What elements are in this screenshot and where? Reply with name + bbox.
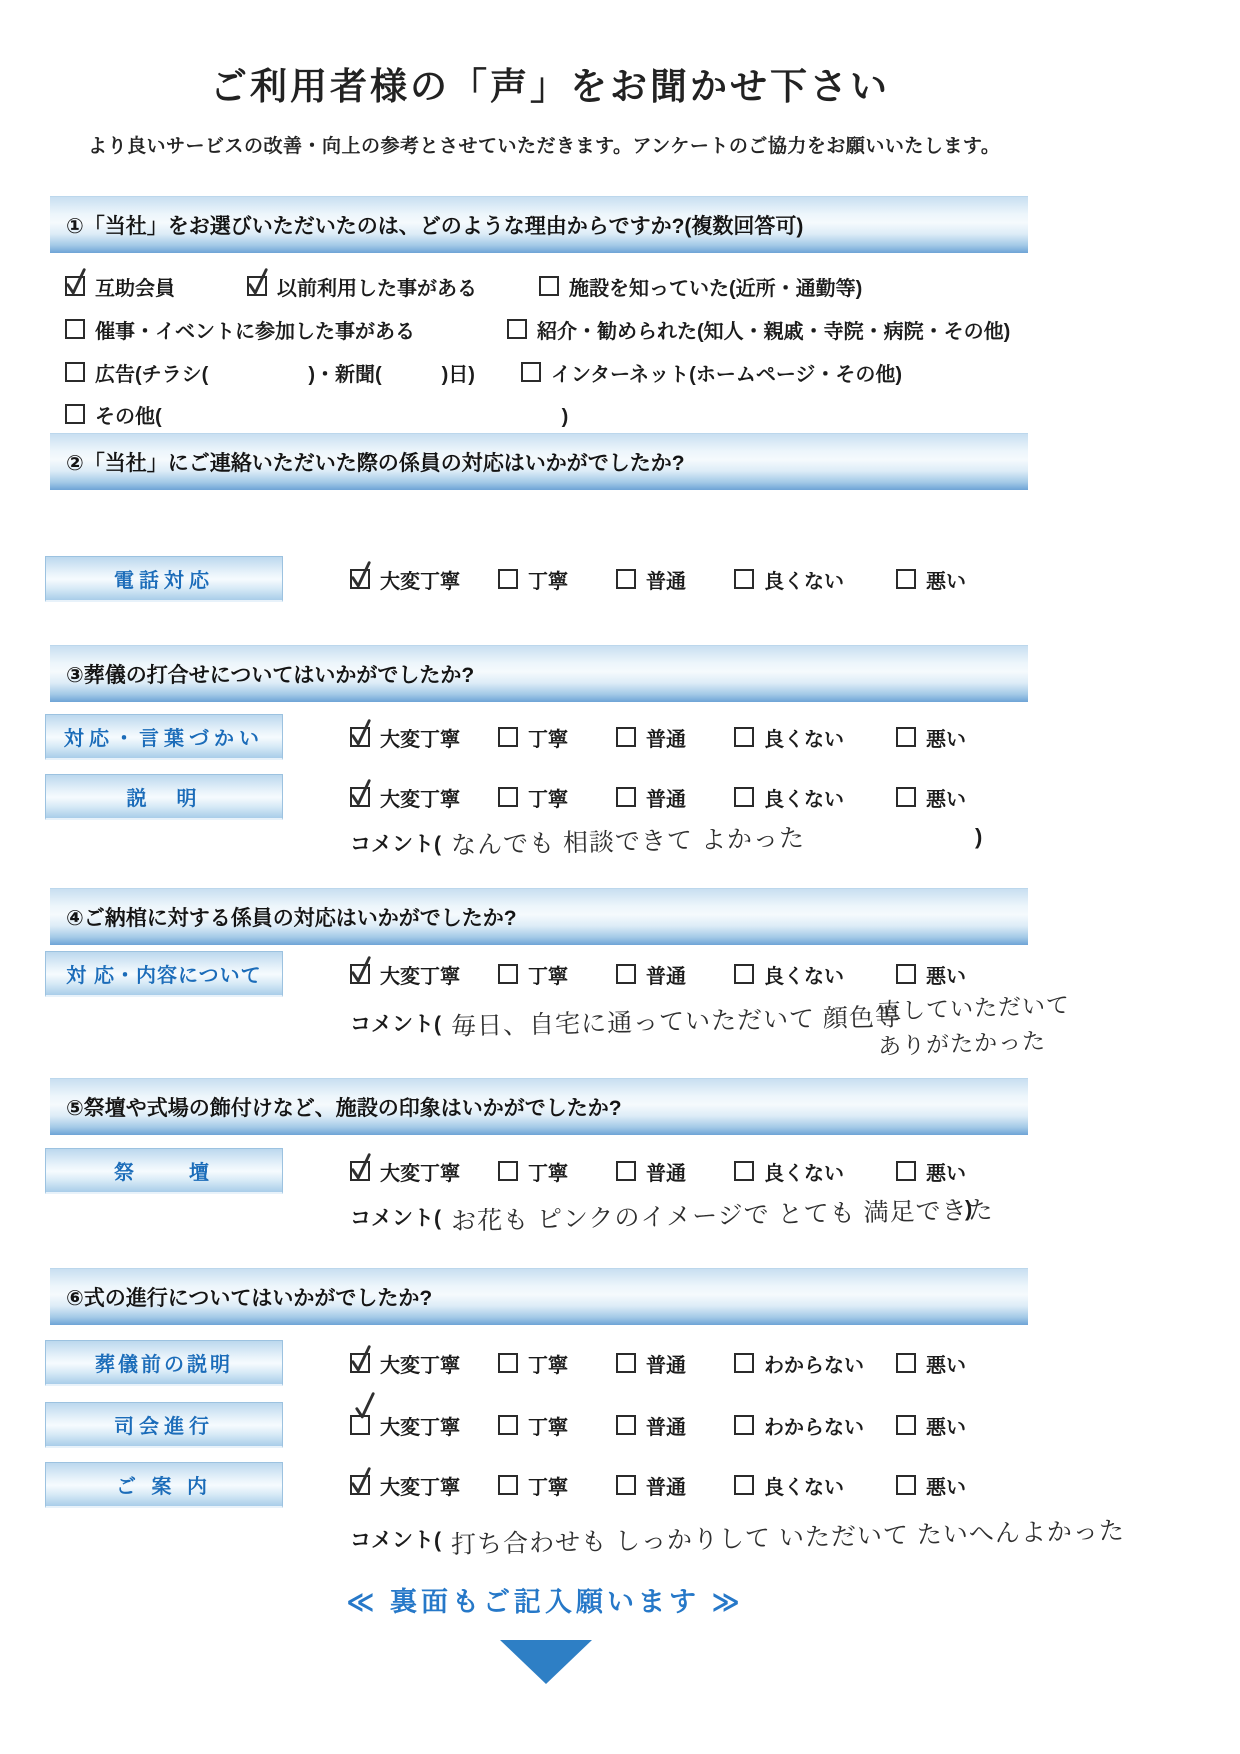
q6-row3-options: 大変丁寧 丁寧 普通 良くない 悪い (350, 1462, 966, 1508)
handwritten-comment: 打ち合わせも しっかりして いただいて たいへんよかった (451, 1511, 1125, 1561)
option-very-polite[interactable]: 大変丁寧 (350, 1471, 498, 1500)
comment-close-paren: ) (965, 1196, 972, 1222)
option-not-good[interactable]: 良くない (734, 960, 896, 989)
checkbox[interactable] (896, 964, 916, 984)
option-polite[interactable]: 丁寧 (498, 723, 616, 752)
option-label: 悪い (926, 1411, 966, 1440)
option-label: 催事・イベントに参加した事がある (95, 315, 415, 344)
q6-row2-options: 大変丁寧 丁寧 普通 わからない 悪い (350, 1402, 966, 1448)
checkbox[interactable] (498, 964, 518, 984)
checkbox[interactable] (896, 1161, 916, 1181)
q5-options: 大変丁寧 丁寧 普通 良くない 悪い (350, 1148, 966, 1194)
q5-comment: コメント( お花も ピンクのイメージで とても 満足できた (350, 1196, 994, 1232)
option-label: 丁寧 (528, 565, 568, 594)
option-label: 大変丁寧 (380, 1349, 460, 1378)
checkbox[interactable] (616, 1415, 636, 1435)
down-arrow-icon (500, 1640, 592, 1684)
checkbox[interactable] (896, 1415, 916, 1435)
option-label: 丁寧 (528, 1411, 568, 1440)
option-normal[interactable]: 普通 (616, 723, 734, 752)
checkbox[interactable] (247, 276, 267, 296)
option-internet[interactable]: インターネット(ホームページ・その他) (521, 358, 902, 387)
checkbox[interactable] (498, 787, 518, 807)
option-label: 紹介・勧められた(知人・親戚・寺院・病院・その他) (537, 315, 1010, 344)
option-not-good[interactable]: 良くない (734, 565, 896, 594)
section4-heading: ④ご納棺に対する係員の対応はいかがでしたか? (66, 902, 517, 932)
option-advertisement[interactable]: 広告(チラシ( )・新聞( )日) (65, 358, 475, 387)
checkbox[interactable] (350, 787, 370, 807)
option-polite[interactable]: 丁寧 (498, 1157, 616, 1186)
row-label-altar: 祭 壇 (45, 1148, 283, 1194)
option-label: 普通 (646, 1349, 686, 1378)
q1-row1: 互助会員 以前利用した事がある 施設を知っていた(近所・通勤等) (65, 270, 862, 302)
checkbox[interactable] (350, 1353, 370, 1373)
option-normal[interactable]: 普通 (616, 1471, 734, 1500)
checkbox[interactable] (498, 1161, 518, 1181)
option-label: 大変丁寧 (380, 960, 460, 989)
option-label: 良くない (764, 723, 844, 752)
option-label: 広告(チラシ( )・新聞( )日) (95, 358, 475, 387)
checkbox[interactable] (350, 569, 370, 589)
checkbox[interactable] (65, 404, 85, 424)
q3-explanation-row: 説 明 大変丁寧 丁寧 普通 良くない 悪い (0, 774, 1100, 820)
option-label: わからない (764, 1349, 864, 1378)
q5-altar-row: 祭 壇 大変丁寧 丁寧 普通 良くない 悪い (0, 1148, 1100, 1194)
option-normal[interactable]: 普通 (616, 1411, 734, 1440)
section1-heading: ①「当社」をお選びいただいたのは、どのような理由からですか?(複数回答可) (66, 210, 803, 240)
option-very-polite[interactable]: 大変丁寧 (350, 1157, 498, 1186)
option-attended-event[interactable]: 催事・イベントに参加した事がある (65, 315, 415, 344)
option-polite[interactable]: 丁寧 (498, 783, 616, 812)
option-label: 丁寧 (528, 1157, 568, 1186)
handwritten-comment-line2: 直していただいて (877, 987, 1070, 1027)
option-label: 悪い (926, 1471, 966, 1500)
option-label: 大変丁寧 (380, 783, 460, 812)
option-very-polite[interactable]: 大変丁寧 (350, 723, 498, 752)
checkbox[interactable] (734, 569, 754, 589)
checkbox[interactable] (498, 1475, 518, 1495)
option-bad[interactable]: 悪い (896, 565, 966, 594)
q6-row1-options: 大変丁寧 丁寧 普通 わからない 悪い (350, 1340, 966, 1386)
q4-comment-overflow: 直していただいて ありがたかった (878, 990, 1070, 1058)
q3-row1-options: 大変丁寧 丁寧 普通 良くない 悪い (350, 714, 966, 760)
checkbox[interactable] (498, 1353, 518, 1373)
checkbox[interactable] (498, 569, 518, 589)
option-label: わからない (764, 1411, 864, 1440)
option-label: 普通 (646, 1471, 686, 1500)
option-very-polite[interactable]: 大変丁寧 (350, 783, 498, 812)
option-label: 互助会員 (95, 272, 175, 301)
option-polite[interactable]: 丁寧 (498, 960, 616, 989)
option-polite[interactable]: 丁寧 (498, 1471, 616, 1500)
check-icon (350, 560, 372, 590)
checkbox[interactable] (616, 569, 636, 589)
comment-label: コメント( (350, 1518, 441, 1554)
page-title: ご利用者様の「声」をお聞かせ下さい (0, 56, 1100, 110)
option-label: 丁寧 (528, 723, 568, 752)
row-label-phone-response: 電話対応 (45, 556, 283, 602)
option-label: 悪い (926, 723, 966, 752)
checkbox[interactable] (734, 1475, 754, 1495)
section2-header: ②「当社」にご連絡いただいた際の係員の対応はいかがでしたか? (50, 433, 1028, 490)
option-unsure[interactable]: わからない (734, 1411, 896, 1440)
checkbox[interactable] (65, 276, 85, 296)
option-label: その他( ) (95, 400, 568, 429)
q4-options: 大変丁寧 丁寧 普通 良くない 悪い (350, 951, 966, 997)
option-knew-facility[interactable]: 施設を知っていた(近所・通勤等) (539, 272, 862, 301)
q1-row4: その他( ) (65, 398, 568, 430)
q1-row3: 広告(チラシ( )・新聞( )日) インターネット(ホームページ・その他) (65, 356, 902, 388)
section5-heading: ⑤祭壇や式場の飾付けなど、施設の印象はいかがでしたか? (66, 1092, 622, 1122)
checkbox[interactable] (350, 964, 370, 984)
section5-header: ⑤祭壇や式場の飾付けなど、施設の印象はいかがでしたか? (50, 1078, 1028, 1135)
check-icon (350, 955, 372, 985)
option-used-before[interactable]: 以前利用した事がある (247, 272, 477, 301)
option-label: 悪い (926, 1349, 966, 1378)
comment-label: コメント( (350, 1002, 441, 1038)
option-bad[interactable]: 悪い (896, 1157, 966, 1186)
checkbox[interactable] (734, 1353, 754, 1373)
checkbox[interactable] (350, 727, 370, 747)
q2-options: 大変丁寧 丁寧 普通 良くない 悪い (350, 556, 966, 602)
checkbox[interactable] (616, 727, 636, 747)
handwritten-comment: なんでも 相談できて よかった (451, 818, 806, 861)
section3-heading: ③葬儀の打合せについてはいかがでしたか? (66, 659, 474, 689)
checkbox[interactable] (350, 1475, 370, 1495)
option-label: 悪い (926, 783, 966, 812)
option-label: 悪い (926, 565, 966, 594)
option-not-good[interactable]: 良くない (734, 783, 896, 812)
option-label: 良くない (764, 783, 844, 812)
option-polite[interactable]: 丁寧 (498, 1349, 616, 1378)
option-label: 丁寧 (528, 783, 568, 812)
option-label: 大変丁寧 (380, 1411, 460, 1440)
option-label: 良くない (764, 1471, 844, 1500)
checkbox[interactable] (616, 1475, 636, 1495)
checkbox[interactable] (734, 1415, 754, 1435)
checkbox[interactable] (616, 1353, 636, 1373)
q1-row2: 催事・イベントに参加した事がある 紹介・勧められた(知人・親戚・寺院・病院・その… (65, 313, 1010, 345)
option-mutual-aid-member[interactable]: 互助会員 (65, 272, 175, 301)
comment-label: コメント( (350, 1196, 441, 1232)
row-label-mc-progress: 司会進行 (45, 1402, 283, 1448)
q6-comment: コメント( 打ち合わせも しっかりして いただいて たいへんよかった (350, 1518, 1125, 1554)
checkbox[interactable] (498, 1415, 518, 1435)
handwritten-comment: お花も ピンクのイメージで とても 満足できた (451, 1190, 994, 1237)
option-label: 普通 (646, 960, 686, 989)
option-label: 大変丁寧 (380, 723, 460, 752)
comment-label: コメント( (350, 822, 441, 858)
checkbox[interactable] (507, 319, 527, 339)
option-label: 施設を知っていた(近所・通勤等) (569, 272, 862, 301)
option-label: 普通 (646, 723, 686, 752)
check-icon (354, 1391, 376, 1421)
checkbox[interactable] (498, 727, 518, 747)
q6-guidance-row: ご 案 内 大変丁寧 丁寧 普通 良くない 悪い (0, 1462, 1100, 1508)
option-not-good[interactable]: 良くない (734, 723, 896, 752)
option-unsure[interactable]: わからない (734, 1349, 896, 1378)
handwritten-comment-line3: ありがたかった (877, 1022, 1070, 1062)
check-icon (350, 718, 372, 748)
q6-mc-progress-row: 司会進行 大変丁寧 丁寧 普通 わからない 悪い (0, 1402, 1100, 1448)
option-normal[interactable]: 普通 (616, 565, 734, 594)
section2-heading: ②「当社」にご連絡いただいた際の係員の対応はいかがでしたか? (66, 447, 685, 477)
option-label: 悪い (926, 960, 966, 989)
handwritten-comment: 毎日、自宅に通っていただいて 顔色等 (451, 997, 902, 1042)
checkbox[interactable] (350, 1161, 370, 1181)
q3-row2-options: 大変丁寧 丁寧 普通 良くない 悪い (350, 774, 966, 820)
q4-comment: コメント( 毎日、自宅に通っていただいて 顔色等 (350, 1002, 901, 1038)
page-subtitle: より良いサービスの改善・向上の参考とさせていただきます。アンケートのご協力をお願… (88, 131, 1000, 158)
check-icon (350, 1466, 372, 1496)
checkbox[interactable] (734, 1161, 754, 1181)
option-label: 普通 (646, 1157, 686, 1186)
q6-pre-funeral-explanation-row: 葬儀前の説明 大変丁寧 丁寧 普通 わからない 悪い (0, 1340, 1100, 1386)
check-icon (350, 778, 372, 808)
option-polite[interactable]: 丁寧 (498, 1411, 616, 1440)
checkbox[interactable] (350, 1415, 370, 1435)
check-icon (350, 1344, 372, 1374)
survey-form-page: ご利用者様の「声」をお聞かせ下さい より良いサービスの改善・向上の参考とさせてい… (0, 0, 1240, 1754)
option-very-polite[interactable]: 大変丁寧 (350, 1349, 498, 1378)
checkbox[interactable] (896, 1353, 916, 1373)
option-label: 丁寧 (528, 1349, 568, 1378)
section6-heading: ⑥式の進行についてはいかがでしたか? (66, 1282, 432, 1312)
option-label: 大変丁寧 (380, 1471, 460, 1500)
option-normal[interactable]: 普通 (616, 1157, 734, 1186)
option-bad[interactable]: 悪い (896, 1349, 966, 1378)
row-label-handling-content: 対 応・内容について (45, 951, 283, 997)
option-very-polite[interactable]: 大変丁寧 (350, 565, 498, 594)
checkbox[interactable] (734, 964, 754, 984)
checkbox[interactable] (734, 727, 754, 747)
section3-header: ③葬儀の打合せについてはいかがでしたか? (50, 645, 1028, 702)
option-label: 悪い (926, 1157, 966, 1186)
comment-close-paren: ) (975, 824, 982, 850)
checkbox[interactable] (65, 319, 85, 339)
option-label: 良くない (764, 1157, 844, 1186)
checkbox[interactable] (896, 787, 916, 807)
option-polite[interactable]: 丁寧 (498, 565, 616, 594)
option-very-polite[interactable]: 大変丁寧 (350, 1411, 498, 1440)
q3-comment: コメント( なんでも 相談できて よかった (350, 822, 805, 858)
row-label-guidance: ご 案 内 (45, 1462, 283, 1508)
checkbox[interactable] (896, 569, 916, 589)
checkbox[interactable] (616, 964, 636, 984)
row-label-pre-funeral-explanation: 葬儀前の説明 (45, 1340, 283, 1386)
section4-header: ④ご納棺に対する係員の対応はいかがでしたか? (50, 888, 1028, 945)
option-label: 丁寧 (528, 960, 568, 989)
option-bad[interactable]: 悪い (896, 723, 966, 752)
option-bad[interactable]: 悪い (896, 1471, 966, 1500)
option-bad[interactable]: 悪い (896, 1411, 966, 1440)
option-very-polite[interactable]: 大変丁寧 (350, 960, 498, 989)
option-label: 丁寧 (528, 1471, 568, 1500)
checkbox[interactable] (616, 787, 636, 807)
checkbox[interactable] (896, 1475, 916, 1495)
option-not-good[interactable]: 良くない (734, 1157, 896, 1186)
checkbox[interactable] (539, 276, 559, 296)
checkbox[interactable] (65, 362, 85, 382)
check-icon (350, 1152, 372, 1182)
option-normal[interactable]: 普通 (616, 960, 734, 989)
option-other[interactable]: その他( ) (65, 400, 568, 429)
option-referral[interactable]: 紹介・勧められた(知人・親戚・寺院・病院・その他) (507, 315, 1010, 344)
option-not-good[interactable]: 良くない (734, 1471, 896, 1500)
option-label: 良くない (764, 565, 844, 594)
section6-header: ⑥式の進行についてはいかがでしたか? (50, 1268, 1028, 1325)
row-label-explanation: 説 明 (45, 774, 283, 820)
section1-header: ①「当社」をお選びいただいたのは、どのような理由からですか?(複数回答可) (50, 196, 1028, 253)
back-side-note: ≪ 裏面もご記入願います ≫ (0, 1580, 1090, 1619)
option-label: 大変丁寧 (380, 1157, 460, 1186)
option-normal[interactable]: 普通 (616, 783, 734, 812)
option-label: 普通 (646, 783, 686, 812)
check-icon (65, 267, 87, 297)
option-normal[interactable]: 普通 (616, 1349, 734, 1378)
option-bad[interactable]: 悪い (896, 960, 966, 989)
checkbox[interactable] (616, 1161, 636, 1181)
checkbox[interactable] (521, 362, 541, 382)
option-label: 以前利用した事がある (277, 272, 477, 301)
check-icon (247, 267, 269, 297)
checkbox[interactable] (734, 787, 754, 807)
checkbox[interactable] (896, 727, 916, 747)
option-label: 普通 (646, 565, 686, 594)
row-label-manner: 対応・言葉づかい (45, 714, 283, 760)
option-label: インターネット(ホームページ・その他) (551, 358, 902, 387)
option-bad[interactable]: 悪い (896, 783, 966, 812)
option-label: 大変丁寧 (380, 565, 460, 594)
option-label: 普通 (646, 1411, 686, 1440)
q2-phone-response-row: 電話対応 大変丁寧 丁寧 普通 良くない 悪い (0, 556, 1100, 602)
option-label: 良くない (764, 960, 844, 989)
q3-manner-row: 対応・言葉づかい 大変丁寧 丁寧 普通 良くない 悪い (0, 714, 1100, 760)
